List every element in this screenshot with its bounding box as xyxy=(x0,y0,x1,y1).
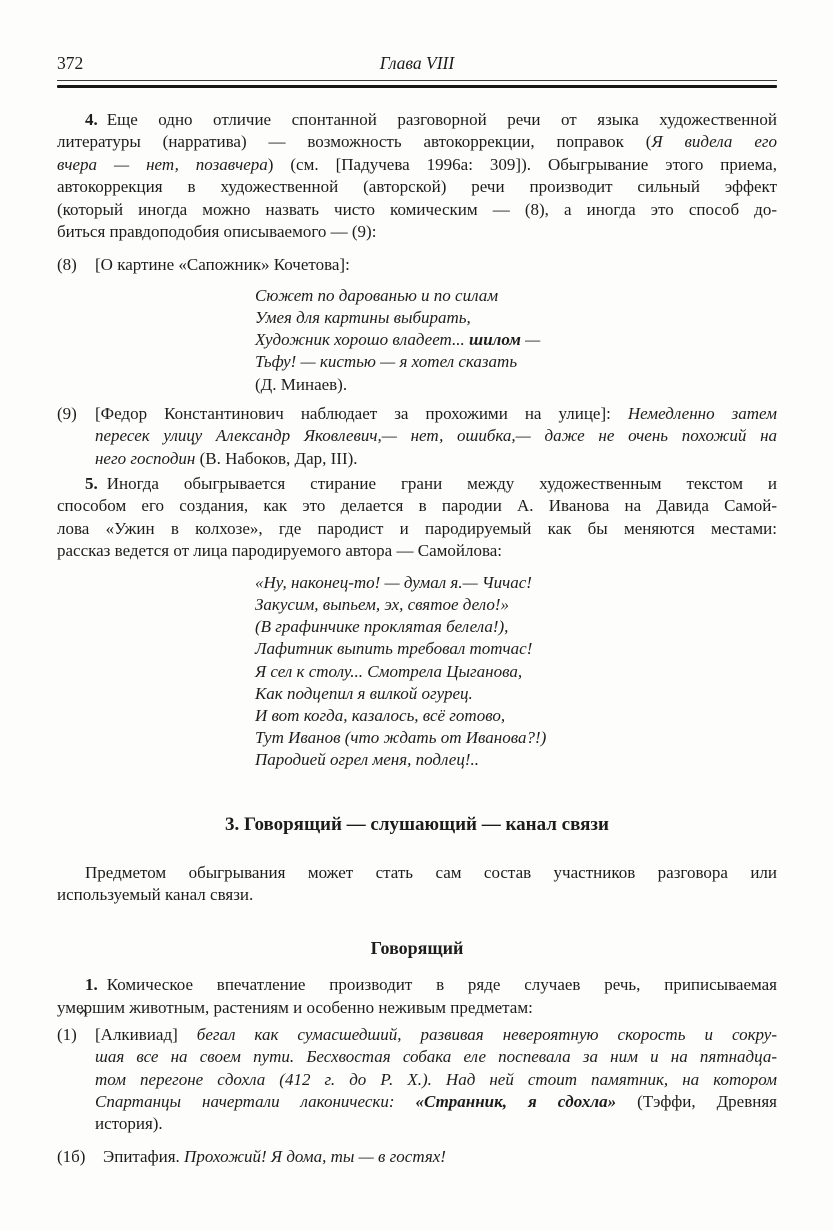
text-line: него господин (В. Набоков, Дар, III). xyxy=(95,448,777,470)
item-number: 4. xyxy=(85,110,98,129)
text-run: ) (см. [Падучева 1996а: 309]). Обыгрыван… xyxy=(268,155,777,174)
verse-line: Сюжет по дарованью и по силам xyxy=(255,285,777,307)
example-9: (9) [Федор Константинович наблюдает за п… xyxy=(57,403,777,470)
text-line: лова «Ужин в колхозе», где пародист и па… xyxy=(57,518,777,540)
verse-line: Пародией огрел меня, подлец!.. xyxy=(255,749,777,771)
text-run: автокоррекция в художественной (авторско… xyxy=(57,177,777,196)
text-line: том перегоне сдохла (412 г. до Р. Х.). Н… xyxy=(95,1069,777,1091)
text-run: том перегоне сдохла (412 г. до Р. Х.). Н… xyxy=(95,1070,777,1089)
page-number: 372 xyxy=(57,52,83,74)
paragraph-1: 1.Комическое впечатление производит в ря… xyxy=(57,974,777,1019)
paragraph-5: 5.Иногда обыгрывается стирание грани меж… xyxy=(57,473,777,563)
text-run: Умея для картины выбирать, xyxy=(255,308,471,327)
verse-quote-minaev: Сюжет по дарованью и по силам Умея для к… xyxy=(255,285,777,396)
text-line: [О картине «Сапожник» Кочетова]: xyxy=(95,254,777,276)
text-line: 1.Комическое впечатление производит в ря… xyxy=(57,974,777,996)
chapter-title: Глава VIII xyxy=(57,52,777,74)
verse-line: Лафитник выпить требовал тотчас! xyxy=(255,638,777,660)
text-run: — xyxy=(521,330,540,349)
text-line: [Алкивиад] бегал как сумасшедший, развив… xyxy=(95,1024,777,1046)
text-line: рассказ ведется от лица пародируемого ав… xyxy=(57,540,777,562)
text-run: Еще одно отличие спонтанной разговорной … xyxy=(107,110,777,129)
text-run: Немедленно затем xyxy=(628,404,777,423)
text-run: шая все на своем пути. Бесхвостая собака… xyxy=(95,1047,777,1066)
text-line: Спартанцы начертали лаконически: «Странн… xyxy=(95,1091,777,1113)
paragraph-4: 4.Еще одно отличие спонтанной разговорно… xyxy=(57,109,777,243)
text-run: Пародией огрел меня, подлец!.. xyxy=(255,750,479,769)
text-run: Я сел к столу... Смотрела Цыганова, xyxy=(255,662,522,681)
text-line: автокоррекция в художественной (авторско… xyxy=(57,176,777,198)
text-run: Лафитник выпить требовал тотчас! xyxy=(255,639,532,658)
verse-line: Тьфу! — кистью — я хотел сказать xyxy=(255,351,777,373)
page-header: 372 Глава VIII xyxy=(57,52,777,78)
text-line: история). xyxy=(95,1113,777,1135)
text-run: Я видела его xyxy=(651,132,777,151)
verse-line: Я сел к столу... Смотрела Цыганова, xyxy=(255,661,777,683)
text-run: [О картине «Сапожник» Кочетова]: xyxy=(95,255,350,274)
text-line: (который иногда можно назвать чисто коми… xyxy=(57,199,777,221)
example-label: (1б) xyxy=(57,1146,85,1168)
paragraph-section-intro: Предметом обыгрывания может стать сам со… xyxy=(57,862,777,907)
text-run: способом его создания, как это делается … xyxy=(57,496,777,515)
header-rule-thin xyxy=(57,80,777,81)
text-run: история). xyxy=(95,1114,163,1133)
text-run: него господин xyxy=(95,449,195,468)
text-run: литературы (нарратива) — возможность авт… xyxy=(57,132,651,151)
text-run: И вот когда, казалось, всё готово, xyxy=(255,706,505,725)
text-run-bold: «Странник, я сдохла» xyxy=(416,1092,617,1111)
text-line: пересек улицу Александр Яковлевич,— нет,… xyxy=(95,425,777,447)
verse-line: «Ну, наконец-то! — думал я.— Чичас! xyxy=(255,572,777,594)
text-run: (который иногда можно назвать чисто коми… xyxy=(57,200,777,219)
example-label: (9) xyxy=(57,403,77,425)
example-8: (8) [О картине «Сапожник» Кочетова]: xyxy=(57,254,777,276)
verse-line: (В графинчике проклятая белела!), xyxy=(255,616,777,638)
verse-attribution: (Д. Минаев). xyxy=(255,374,777,396)
verse-line: Тут Иванов (что ждать от Иванова?!) xyxy=(255,727,777,749)
text-run: бегал как сумасшедший, развивая невероят… xyxy=(197,1025,777,1044)
book-page: 372 Глава VIII 4.Еще одно отличие спонта… xyxy=(0,0,834,1230)
text-run: Тьфу! — кистью — я хотел сказать xyxy=(255,352,517,371)
text-run: (В графинчике проклятая белела!), xyxy=(255,617,508,636)
text-run: [Федор Константинович наблюдает за прохо… xyxy=(95,404,628,423)
text-run: Художник хорошо владеет... xyxy=(255,330,469,349)
text-run: [Алкивиад] xyxy=(95,1025,197,1044)
text-run-bold: шилом xyxy=(469,330,521,349)
text-line: биться правдоподобия описываемого — (9): xyxy=(57,221,777,243)
example-1: (1) [Алкивиад] бегал как сумасшедший, ра… xyxy=(57,1024,777,1135)
text-run: пересек улицу Александр Яковлевич,— нет,… xyxy=(95,426,777,445)
text-line: используемый канал связи. xyxy=(57,884,777,906)
example-label: (8) xyxy=(57,254,77,276)
text-run: Закусим, выпьем, эх, святое дело!» xyxy=(255,595,509,614)
subsection-heading-speaker: Говорящий xyxy=(57,937,777,960)
text-run: лова «Ужин в колхозе», где пародист и па… xyxy=(57,519,777,538)
text-run: Спартанцы начертали лаконически: xyxy=(95,1092,416,1111)
example-label: (1) xyxy=(57,1024,77,1046)
text-run: Комическое впечатление производит в ряде… xyxy=(107,975,777,994)
text-run: Тут Иванов (что ждать от Иванова?!) xyxy=(255,728,546,747)
verse-quote-ivanov-parody: «Ну, наконец-то! — думал я.— Чичас! Заку… xyxy=(255,572,777,772)
text-run: Иногда обыгрывается стирание грани между… xyxy=(107,474,777,493)
text-line: Предметом обыгрывания может стать сам со… xyxy=(57,862,777,884)
text-line: [Федор Константинович наблюдает за прохо… xyxy=(95,403,777,425)
text-run: (Д. Минаев). xyxy=(255,375,347,394)
header-rule-thick xyxy=(57,85,777,89)
text-run: рассказ ведется от лица пародируемого ав… xyxy=(57,541,502,560)
text-run: умершим животным, растениям и особенно н… xyxy=(57,998,533,1017)
text-run: (Тэффи, Древняя xyxy=(616,1092,777,1111)
text-run: Прохожий! Я дома, ты — в гостях! xyxy=(184,1147,446,1166)
text-run: биться правдоподобия описываемого — (9): xyxy=(57,222,376,241)
verse-line: Как подцепил я вилкой огурец. xyxy=(255,683,777,705)
text-run: «Ну, наконец-то! — думал я.— Чичас! xyxy=(255,573,532,592)
text-line: умершим животным, растениям и особенно н… xyxy=(57,997,777,1019)
verse-line: Художник хорошо владеет... шилом — xyxy=(255,329,777,351)
text-run: Предметом обыгрывания может стать сам со… xyxy=(85,863,777,882)
text-line: шая все на своем пути. Бесхвостая собака… xyxy=(95,1046,777,1068)
item-number: 5. xyxy=(85,474,98,493)
text-run: Эпитафия. xyxy=(103,1147,184,1166)
example-1b: (1б) Эпитафия. Прохожий! Я дома, ты — в … xyxy=(57,1146,777,1168)
text-run: вчера — нет, позавчера xyxy=(57,155,268,174)
text-line: способом его создания, как это делается … xyxy=(57,495,777,517)
item-number: 1. xyxy=(85,975,98,994)
text-line: вчера — нет, позавчера) (см. [Падучева 1… xyxy=(57,154,777,176)
text-line: 4.Еще одно отличие спонтанной разговорно… xyxy=(57,109,777,131)
text-line: литературы (нарратива) — возможность авт… xyxy=(57,131,777,153)
text-run: Как подцепил я вилкой огурец. xyxy=(255,684,473,703)
pencil-caret-artifact: ^ xyxy=(78,1004,89,1035)
text-line: 5.Иногда обыгрывается стирание грани меж… xyxy=(57,473,777,495)
text-run: используемый канал связи. xyxy=(57,885,253,904)
text-line: Эпитафия. Прохожий! Я дома, ты — в гостя… xyxy=(103,1146,777,1168)
verse-line: И вот когда, казалось, всё готово, xyxy=(255,705,777,727)
verse-line: Умея для картины выбирать, xyxy=(255,307,777,329)
text-run: (В. Набоков, Дар, III). xyxy=(195,449,357,468)
text-run: Сюжет по дарованью и по силам xyxy=(255,286,498,305)
verse-line: Закусим, выпьем, эх, святое дело!» xyxy=(255,594,777,616)
section-heading-3: 3. Говорящий — слушающий — канал связи xyxy=(57,813,777,837)
